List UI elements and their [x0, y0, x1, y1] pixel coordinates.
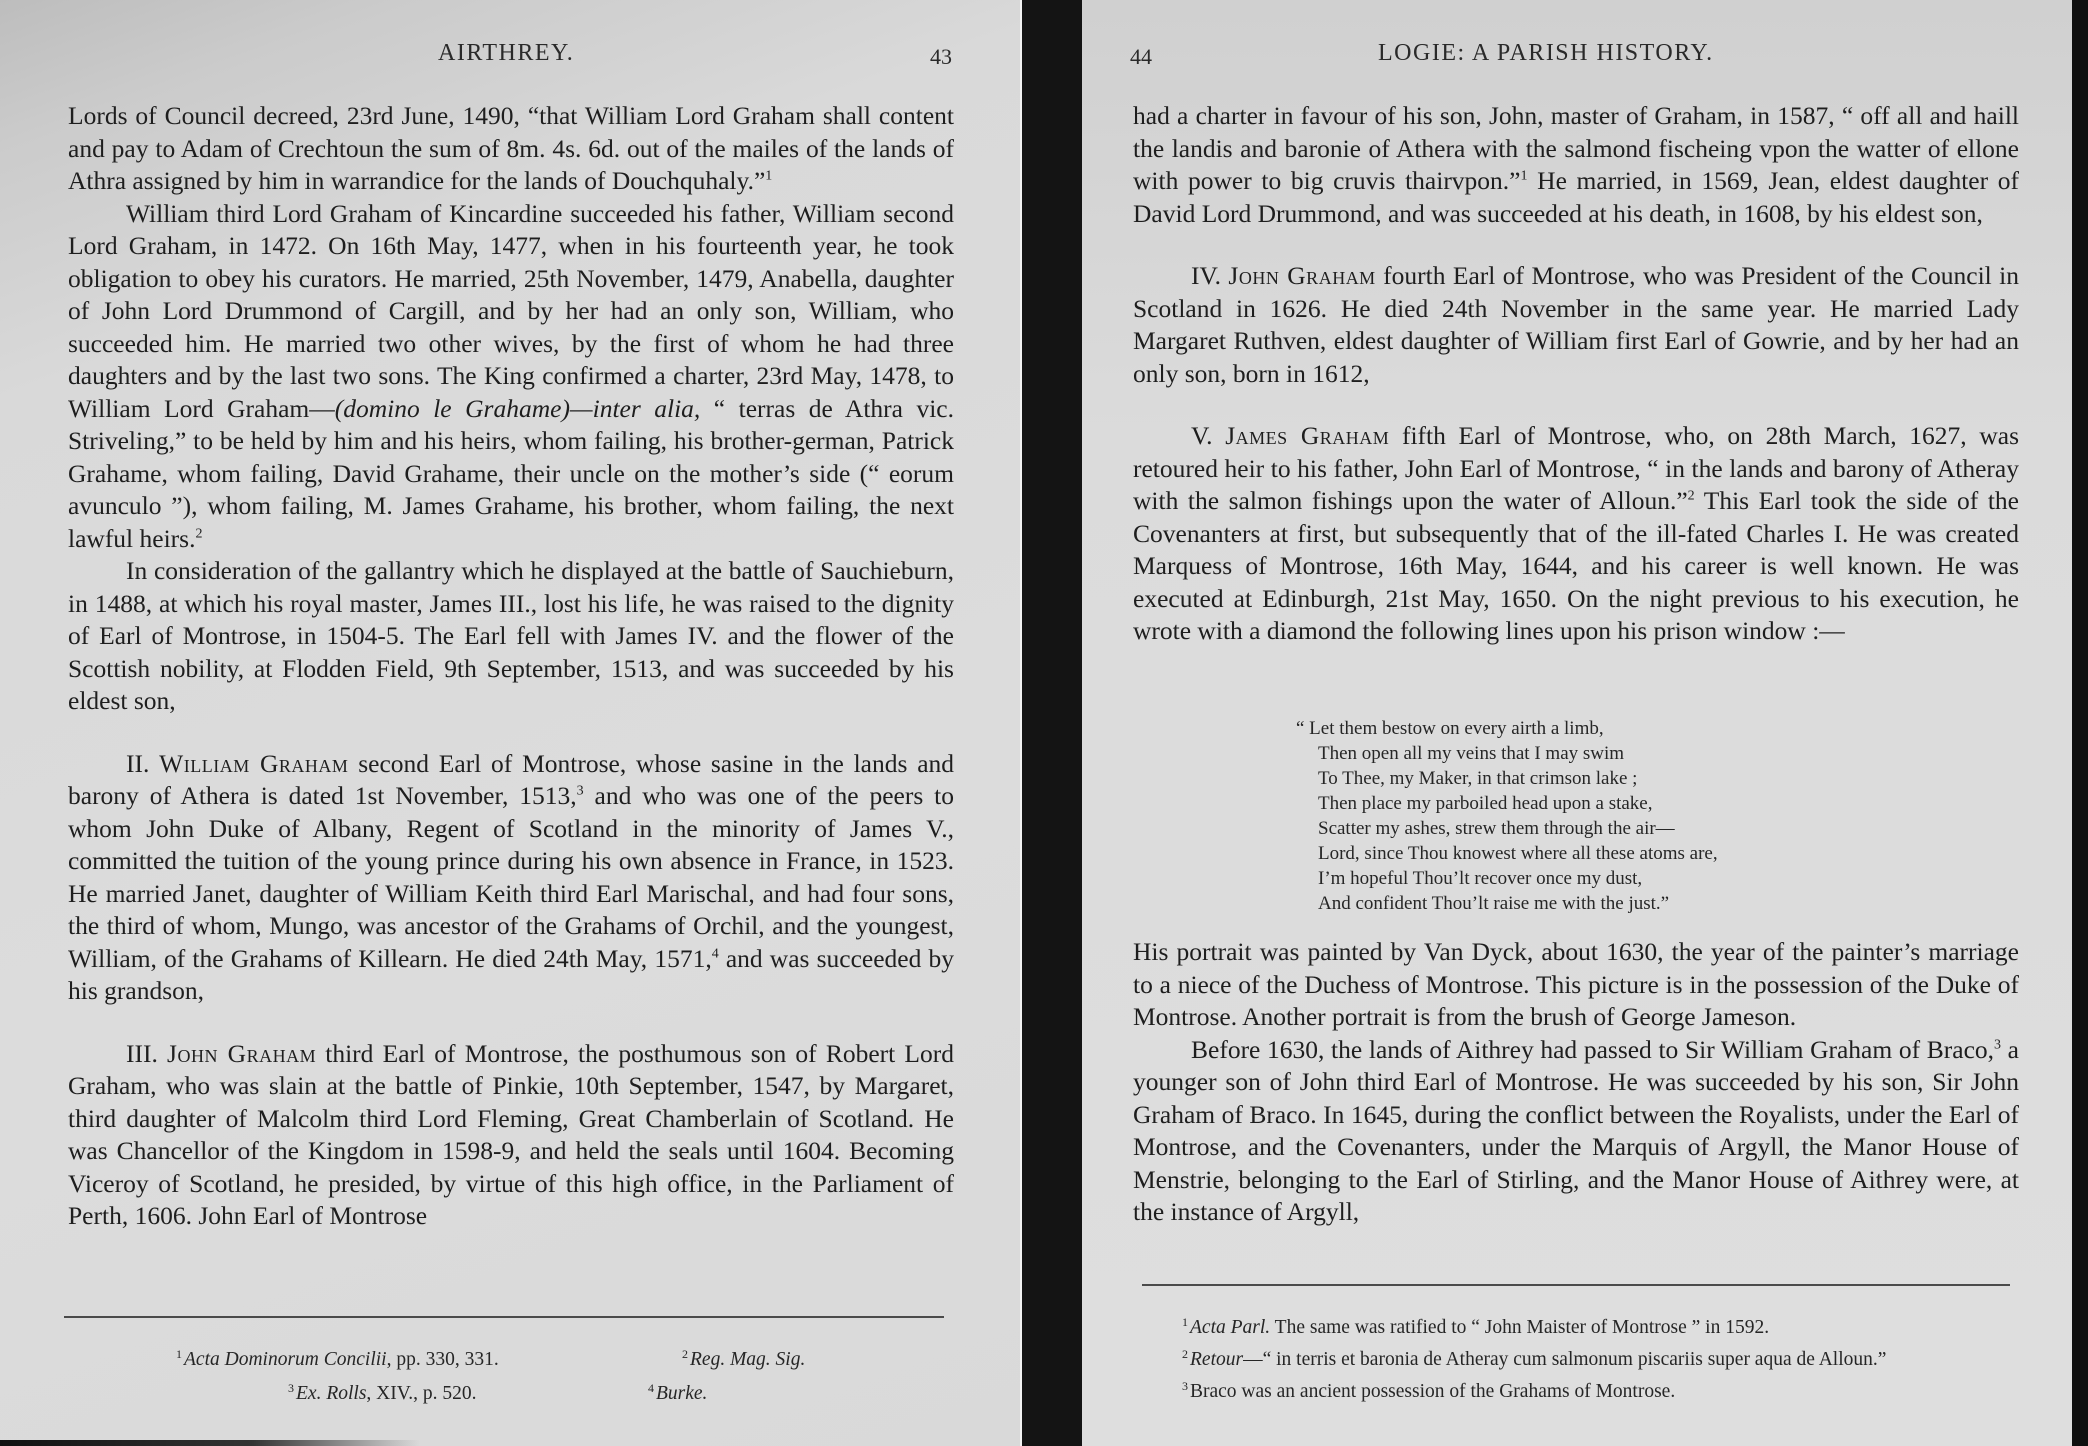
footnote-text: , XIV., p. 520. — [366, 1383, 476, 1404]
footnote-source: Reg. Mag. Sig. — [690, 1349, 805, 1370]
paragraph: had a charter in favour of his son, John… — [1133, 100, 2019, 230]
poem-line: Then open all my veins that I may swim — [1318, 741, 1718, 766]
poem-line: Lord, since Thou knowest where all these… — [1318, 841, 1718, 866]
footnote-left-4: 4Burke. — [648, 1378, 707, 1410]
footnote-reference: 2 — [1688, 489, 1695, 504]
italic-text: (domino le Grahame)—inter alia, — [335, 394, 701, 423]
poem-block: “ Let them bestow on every airth a limb,… — [1318, 716, 1718, 916]
footnote-mark: 3 — [288, 1381, 294, 1395]
footnote-reference: 1 — [1521, 169, 1528, 184]
page-number-right: 44 — [1130, 44, 1152, 70]
paragraph: IV. John Graham fourth Earl of Montrose,… — [1133, 260, 2019, 390]
page-number-left: 43 — [930, 44, 952, 70]
earl-name: John Graham — [167, 1039, 316, 1068]
footnote-mark: 1 — [176, 1347, 182, 1361]
footnote-reference: 2 — [195, 526, 202, 541]
text-run: Lords of Council decreed, 23rd June, 149… — [68, 101, 954, 195]
footnote-mark: 1 — [1182, 1315, 1188, 1329]
running-head-left: AIRTHREY. — [438, 40, 574, 67]
poem-line: Then place my parboiled head upon a stak… — [1318, 791, 1718, 816]
footnote-mark: 2 — [1182, 1347, 1188, 1361]
poem-line: Scatter my ashes, strew them through the… — [1318, 816, 1718, 841]
scan-bottom-shadow — [0, 1440, 420, 1446]
paragraph: III. John Graham third Earl of Montrose,… — [68, 1038, 954, 1233]
footnote-text: The same was ratified to “ John Maister … — [1270, 1317, 1769, 1338]
footnote-reference: 4 — [712, 946, 719, 961]
footnote-source: Acta Parl. — [1190, 1317, 1270, 1338]
footnote-reference: 1 — [765, 169, 772, 184]
footnote-right-2: 2Retour—“ in terris et baronia de Athera… — [1182, 1344, 2042, 1376]
footnote-text: , pp. 330, 331. — [387, 1349, 499, 1370]
earl-name: James Graham — [1225, 421, 1389, 450]
poem-line: “ Let them bestow on every airth a limb, — [1318, 716, 1718, 741]
book-spine-gutter — [1020, 0, 1084, 1446]
text-run: William third Lord Graham of Kincardine … — [68, 199, 954, 423]
text-run: V. — [1191, 421, 1225, 450]
left-body-text: Lords of Council decreed, 23rd June, 149… — [68, 100, 954, 1233]
footnote-rule-right — [1142, 1284, 2010, 1286]
footnote-right-3: 3Braco was an ancient possession of the … — [1182, 1376, 2042, 1408]
footnote-mark: 3 — [1182, 1379, 1188, 1393]
footnote-reference: 3 — [1994, 1037, 2001, 1052]
footnotes-right: 1Acta Parl. The same was ratified to “ J… — [1182, 1312, 2042, 1408]
footnote-right-1: 1Acta Parl. The same was ratified to “ J… — [1182, 1312, 2042, 1344]
text-run: IV. — [1191, 261, 1228, 290]
footnote-source: Retour — [1190, 1349, 1243, 1370]
paragraph: Before 1630, the lands of Aithrey had pa… — [1133, 1034, 2019, 1229]
footnote-left-3: 3Ex. Rolls, XIV., p. 520. — [288, 1378, 477, 1410]
scan-edge-shadow — [2072, 0, 2088, 1446]
earl-name: William Graham — [159, 749, 348, 778]
footnote-left-1: 1Acta Dominorum Concilii, pp. 330, 331. — [176, 1344, 499, 1376]
footnote-mark: 4 — [648, 1381, 654, 1395]
poem-line: To Thee, my Maker, in that crimson lake … — [1318, 766, 1718, 791]
running-head-right: LOGIE: A PARISH HISTORY. — [1378, 40, 1714, 67]
right-body-text-bottom: His portrait was painted by Van Dyck, ab… — [1133, 936, 2019, 1229]
footnote-mark: 2 — [682, 1347, 688, 1361]
footnote-source: Burke. — [656, 1383, 707, 1404]
footnote-reference: 3 — [577, 784, 584, 799]
text-run: In consideration of the gallantry which … — [68, 556, 954, 715]
footnote-rule-left — [64, 1316, 944, 1318]
paragraph: His portrait was painted by Van Dyck, ab… — [1133, 936, 2019, 1034]
text-run: Before 1630, the lands of Aithrey had pa… — [1191, 1035, 1994, 1064]
poem-line: I’m hopeful Thou’lt recover once my dust… — [1318, 866, 1718, 891]
paragraph: William third Lord Graham of Kincardine … — [68, 198, 954, 556]
footnote-text: —“ in terris et baronia de Atheray cum s… — [1243, 1349, 1886, 1370]
paragraph: Lords of Council decreed, 23rd June, 149… — [68, 100, 954, 198]
paragraph: V. James Graham fifth Earl of Montrose, … — [1133, 420, 2019, 648]
paragraph: In consideration of the gallantry which … — [68, 555, 954, 718]
right-body-text-top: had a charter in favour of his son, John… — [1133, 100, 2019, 648]
footnote-source: Ex. Rolls — [296, 1383, 366, 1404]
left-page: AIRTHREY. 43 Lords of Council decreed, 2… — [0, 0, 1020, 1446]
footnote-left-2: 2Reg. Mag. Sig. — [682, 1344, 805, 1376]
footnote-source: Acta Dominorum Concilii — [184, 1349, 387, 1370]
text-run: His portrait was painted by Van Dyck, ab… — [1133, 937, 2019, 1031]
right-page: 44 LOGIE: A PARISH HISTORY. had a charte… — [1082, 0, 2072, 1446]
earl-name: John Graham — [1228, 261, 1375, 290]
footnote-text: Braco was an ancient possession of the G… — [1190, 1381, 1675, 1402]
paragraph: II. William Graham second Earl of Montro… — [68, 748, 954, 1008]
text-run: II. — [126, 749, 159, 778]
poem-line: And confident Thou’lt raise me with the … — [1318, 891, 1718, 916]
text-run: III. — [126, 1039, 167, 1068]
